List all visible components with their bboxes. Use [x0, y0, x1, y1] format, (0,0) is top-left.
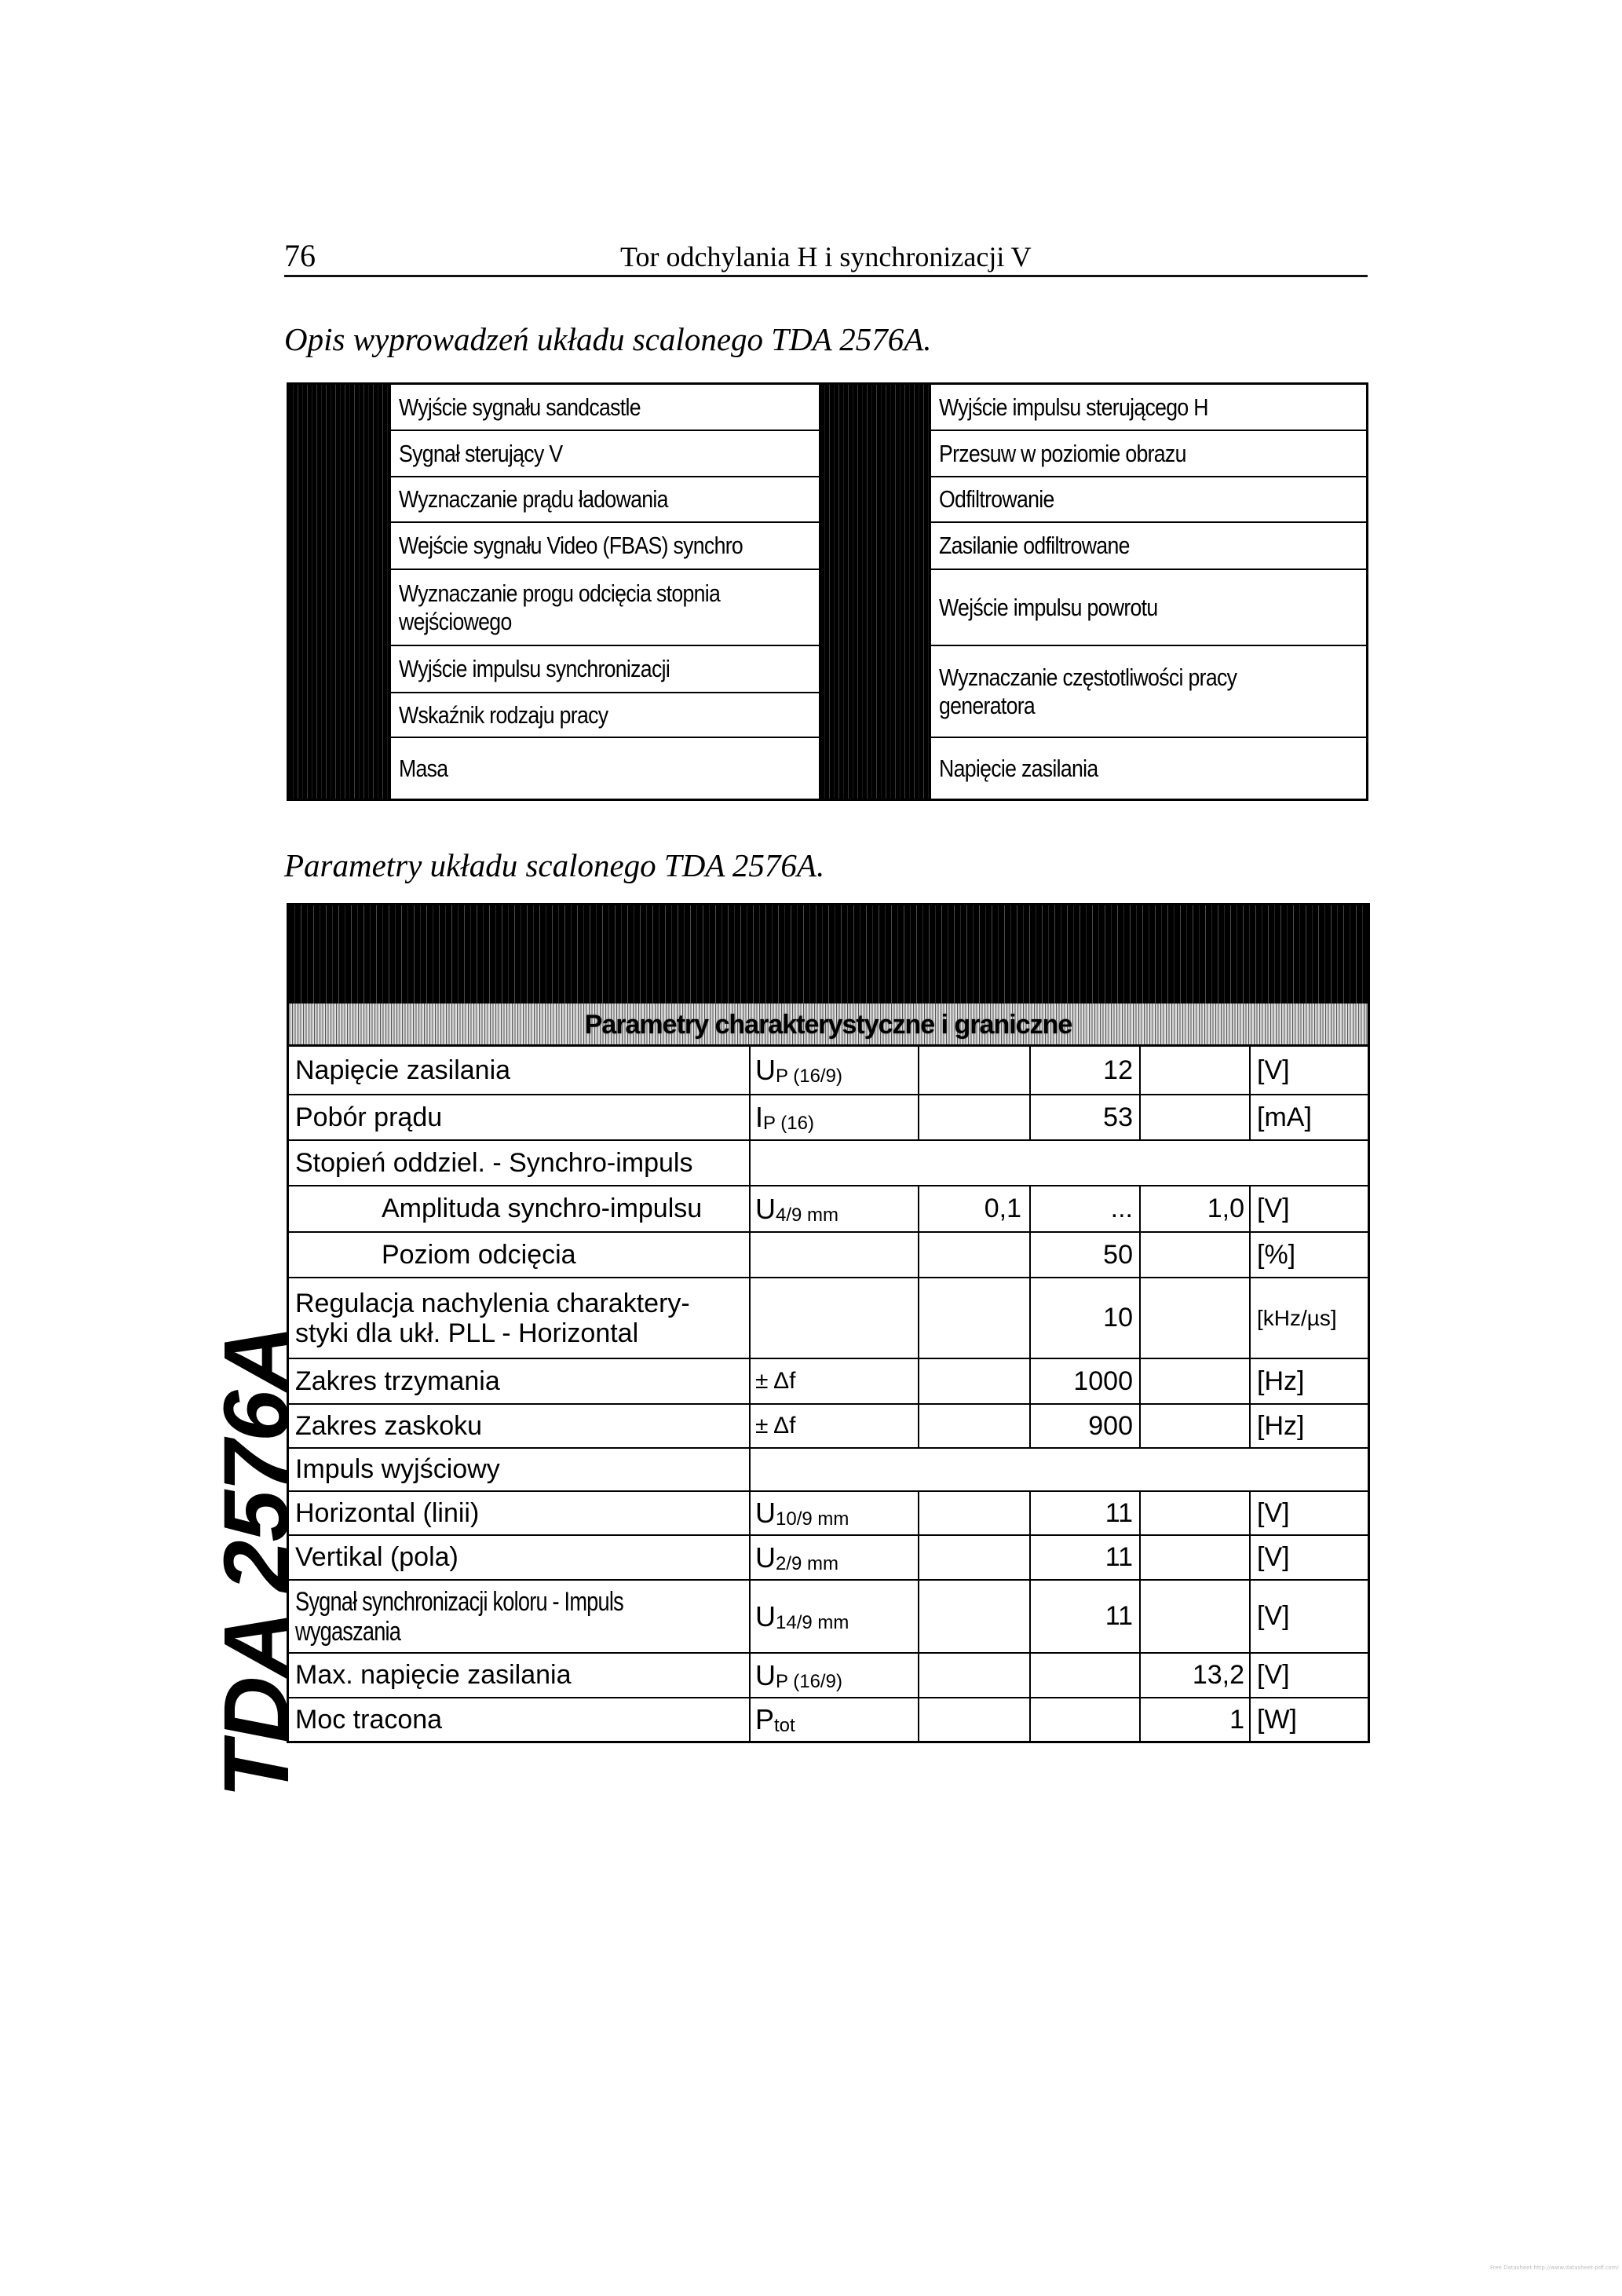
param-name-text: Pobór prądu: [295, 1102, 442, 1133]
param-max: [1141, 1047, 1251, 1094]
param-typ: 10: [1031, 1278, 1141, 1358]
param-typ: 50: [1031, 1233, 1141, 1277]
param-name: Impuls wyjściowy: [289, 1449, 751, 1490]
param-unit: [V]: [1251, 1536, 1368, 1579]
param-min: 0,1: [919, 1186, 1031, 1231]
param-typ: [1031, 1698, 1141, 1741]
param-max: [1141, 1359, 1251, 1403]
param-max: 1: [1141, 1698, 1251, 1741]
param-name: Napięcie zasilania: [289, 1047, 751, 1094]
param-typ: 12: [1031, 1047, 1141, 1094]
param-typ: 11: [1031, 1536, 1141, 1579]
param-min: [919, 1654, 1031, 1697]
pin-description-text: Odfiltrowanie: [939, 485, 1054, 514]
param-typ: [1031, 1654, 1141, 1697]
param-typ: 1000: [1031, 1359, 1141, 1403]
param-row: Moc traconaPtot1[W]: [289, 1698, 1368, 1741]
pin-description-text: Wskaźnik rodzaju pracy: [399, 701, 608, 729]
param-symbol-subscript: P (16/9): [776, 1671, 842, 1693]
param-symbol: ± Δf: [751, 1405, 919, 1447]
param-unit: [Hz]: [1251, 1405, 1368, 1447]
param-symbol-subscript: tot: [774, 1715, 795, 1737]
param-symbol-main: U: [755, 1600, 776, 1633]
param-section-blank: [751, 1141, 1368, 1185]
param-table-heading: Parametry charakterystyczne i graniczne: [289, 1004, 1368, 1047]
pin-description-text: Wyznaczanie progu odcięcia stopnia wejśc…: [399, 579, 760, 636]
param-symbol-main: U: [755, 1054, 776, 1087]
pin-description-right: Wejście impulsu powrotu: [931, 570, 1366, 646]
pin-description-text: Wejście sygnału Video (FBAS) synchro: [399, 532, 743, 560]
param-row: Horizontal (linii)U10/9 mm11[V]: [289, 1492, 1368, 1536]
param-symbol: IP (16): [751, 1095, 919, 1139]
pin-description-table: Wyjście sygnału sandcastleSygnał sterują…: [287, 382, 1368, 801]
side-chip-label: TDA 2576A: [210, 1326, 303, 1798]
param-symbol: [751, 1278, 919, 1358]
param-table-caption: Parametry układu scalonego TDA 2576A.: [284, 846, 824, 884]
param-symbol-subscript: 10/9 mm: [776, 1508, 849, 1530]
pin-description-left: Wyjście sygnału sandcastle: [391, 385, 820, 431]
param-name: Amplituda synchro-impulsu: [289, 1186, 751, 1231]
param-section-row: Stopień oddziel. - Synchro-impuls: [289, 1141, 1368, 1186]
param-row: Amplituda synchro-impulsuU4/9 mm0,1...1,…: [289, 1186, 1368, 1233]
param-name-text: Moc tracona: [295, 1705, 442, 1735]
watermark: Free Datasheet http://www.datasheet-pdf.…: [1490, 2265, 1619, 2271]
param-symbol-subscript: P (16): [763, 1113, 814, 1135]
param-name-text: Zakres trzymania: [295, 1366, 500, 1397]
param-unit: [mA]: [1251, 1095, 1368, 1139]
param-unit: [V]: [1251, 1186, 1368, 1231]
param-max: [1141, 1095, 1251, 1139]
param-name: Regulacja nachylenia charaktery-styki dl…: [289, 1278, 751, 1358]
header-rule: [284, 275, 1368, 277]
param-max: [1141, 1233, 1251, 1277]
param-row: Max. napięcie zasilaniaUP (16/9)13,2[V]: [289, 1654, 1368, 1698]
param-symbol-main: ± Δf: [755, 1368, 796, 1395]
pin-description-left: Wyznaczanie progu odcięcia stopnia wejśc…: [391, 570, 820, 646]
param-max: [1141, 1405, 1251, 1447]
param-symbol-main: U: [755, 1497, 776, 1530]
param-min: [919, 1233, 1031, 1277]
param-name: Pobór prądu: [289, 1095, 751, 1139]
param-symbol-subscript: 4/9 mm: [776, 1205, 838, 1227]
right-pin-number-column: [820, 385, 931, 799]
param-symbol-subscript: P (16/9): [776, 1066, 842, 1088]
param-row: Zakres zaskoku± Δf900[Hz]: [289, 1405, 1368, 1449]
pin-description-left: Masa: [391, 738, 820, 799]
param-name: Max. napięcie zasilania: [289, 1654, 751, 1697]
pin-description-right: Wyznaczanie częstotliwości pracy generat…: [931, 646, 1366, 738]
param-symbol-main: P: [755, 1703, 774, 1736]
param-section-row: Impuls wyjściowy: [289, 1449, 1368, 1492]
param-name: Moc tracona: [289, 1698, 751, 1741]
pin-description-text: Wyznaczanie częstotliwości pracy generat…: [939, 664, 1306, 720]
param-typ: 900: [1031, 1405, 1141, 1447]
param-max: 1,0: [1141, 1186, 1251, 1231]
parameter-table: Parametry charakterystyczne i graniczne …: [287, 903, 1370, 1743]
param-name: Poziom odcięcia: [289, 1233, 751, 1277]
pin-description-text: Sygnał sterujący V: [399, 440, 562, 468]
param-max: 13,2: [1141, 1654, 1251, 1697]
pin-description-text: Przesuw w poziomie obrazu: [939, 440, 1186, 468]
param-unit: [Hz]: [1251, 1359, 1368, 1403]
param-symbol-main: U: [755, 1541, 776, 1574]
param-name: Horizontal (linii): [289, 1492, 751, 1534]
pin-description-right: Zasilanie odfiltrowane: [931, 523, 1366, 570]
param-symbol: Ptot: [751, 1698, 919, 1741]
param-max: [1141, 1492, 1251, 1534]
pin-description-left: Wyznaczanie prądu ładowania: [391, 477, 820, 523]
param-name-text: Horizontal (linii): [295, 1498, 479, 1529]
param-symbol-subscript: 14/9 mm: [776, 1612, 849, 1634]
param-row: Vertikal (pola)U2/9 mm11[V]: [289, 1536, 1368, 1581]
pin-description-left: Wskaźnik rodzaju pracy: [391, 693, 820, 738]
param-name: Zakres zaskoku: [289, 1405, 751, 1447]
param-max: [1141, 1278, 1251, 1358]
pin-description-right: Napięcie zasilania: [931, 738, 1366, 799]
param-min: [919, 1536, 1031, 1579]
param-min: [919, 1359, 1031, 1403]
param-symbol-main: U: [755, 1193, 776, 1226]
running-title: Tor odchylania H i synchronizacji V: [620, 240, 1032, 273]
param-row: Poziom odcięcia50[%]: [289, 1233, 1368, 1278]
param-unit: [V]: [1251, 1581, 1368, 1652]
param-unit: [kHz/µs]: [1251, 1278, 1368, 1358]
param-symbol-main: ± Δf: [755, 1413, 796, 1439]
param-row: Pobór prąduIP (16)53[mA]: [289, 1095, 1368, 1141]
param-name: Vertikal (pola): [289, 1536, 751, 1579]
param-name: Zakres trzymania: [289, 1359, 751, 1403]
pin-description-right: Przesuw w poziomie obrazu: [931, 431, 1366, 477]
param-unit: [W]: [1251, 1698, 1368, 1741]
param-unit: [V]: [1251, 1492, 1368, 1534]
pin-description-text: Zasilanie odfiltrowane: [939, 532, 1130, 560]
param-symbol: UP (16/9): [751, 1047, 919, 1094]
param-name-text: Poziom odcięcia: [382, 1240, 576, 1270]
param-symbol: U4/9 mm: [751, 1186, 919, 1231]
param-min: [919, 1405, 1031, 1447]
pin-description-right: Odfiltrowanie: [931, 477, 1366, 523]
pin-description-text: Wyjście impulsu sterującego H: [939, 393, 1208, 422]
pin-description-text: Wejście impulsu powrotu: [939, 594, 1306, 622]
param-symbol: UP (16/9): [751, 1654, 919, 1697]
param-name-text: Napięcie zasilania: [295, 1055, 510, 1086]
param-name: Sygnał synchronizacji koloru - Impuls wy…: [289, 1581, 751, 1652]
pin-description-text: Wyznaczanie prądu ładowania: [399, 485, 668, 514]
param-symbol-main: I: [755, 1101, 763, 1134]
param-name-text: Max. napięcie zasilania: [295, 1660, 572, 1691]
pin-description-text: Napięcie zasilania: [939, 755, 1306, 783]
param-symbol: [751, 1233, 919, 1277]
param-min: [919, 1492, 1031, 1534]
param-min: [919, 1581, 1031, 1652]
param-typ: 11: [1031, 1581, 1141, 1652]
param-min: [919, 1278, 1031, 1358]
param-typ: ...: [1031, 1186, 1141, 1231]
param-symbol: ± Δf: [751, 1359, 919, 1403]
param-symbol-subscript: 2/9 mm: [776, 1553, 838, 1575]
param-symbol: U10/9 mm: [751, 1492, 919, 1534]
pin-description-right: Wyjście impulsu sterującego H: [931, 385, 1366, 431]
pin-table-caption: Opis wyprowadzeń układu scalonego TDA 25…: [284, 320, 932, 358]
param-max: [1141, 1536, 1251, 1579]
param-name-text: Vertikal (pola): [295, 1542, 458, 1573]
param-section-blank: [751, 1449, 1368, 1490]
pin-description-left: Wyjście impulsu synchronizacji: [391, 646, 820, 693]
pin-description-text: Wyjście sygnału sandcastle: [399, 393, 641, 422]
param-unit: [V]: [1251, 1047, 1368, 1094]
param-max: [1141, 1581, 1251, 1652]
pin-description-text: Wyjście impulsu synchronizacji: [399, 655, 670, 683]
param-unit: [V]: [1251, 1654, 1368, 1697]
param-typ: 53: [1031, 1095, 1141, 1139]
param-min: [919, 1095, 1031, 1139]
pin-description-text: Masa: [399, 755, 760, 783]
param-name: Stopień oddziel. - Synchro-impuls: [289, 1141, 751, 1185]
param-min: [919, 1047, 1031, 1094]
param-typ: 11: [1031, 1492, 1141, 1534]
param-row: Regulacja nachylenia charaktery-styki dl…: [289, 1278, 1368, 1359]
param-row: Napięcie zasilaniaUP (16/9)12[V]: [289, 1047, 1368, 1095]
pin-description-left: Sygnał sterujący V: [391, 431, 820, 477]
param-symbol: U14/9 mm: [751, 1581, 919, 1652]
pin-description-left: Wejście sygnału Video (FBAS) synchro: [391, 523, 820, 570]
param-name-text: Stopień oddziel. - Synchro-impuls: [295, 1148, 692, 1179]
param-name-text: Sygnał synchronizacji koloru - Impuls wy…: [295, 1587, 658, 1647]
param-name-text: Amplituda synchro-impulsu: [382, 1194, 702, 1224]
param-name-text: Regulacja nachylenia charaktery-styki dl…: [295, 1289, 719, 1348]
page-number: 76: [284, 237, 316, 274]
param-table-header-band: [289, 905, 1368, 1004]
param-name-text: Zakres zaskoku: [295, 1411, 482, 1442]
param-name-text: Impuls wyjściowy: [295, 1454, 500, 1485]
param-row: Zakres trzymania± Δf1000[Hz]: [289, 1359, 1368, 1405]
param-symbol-main: U: [755, 1659, 776, 1692]
param-min: [919, 1698, 1031, 1741]
param-unit: [%]: [1251, 1233, 1368, 1277]
left-pin-number-column: [289, 385, 391, 799]
param-symbol: U2/9 mm: [751, 1536, 919, 1579]
param-row: Sygnał synchronizacji koloru - Impuls wy…: [289, 1581, 1368, 1654]
